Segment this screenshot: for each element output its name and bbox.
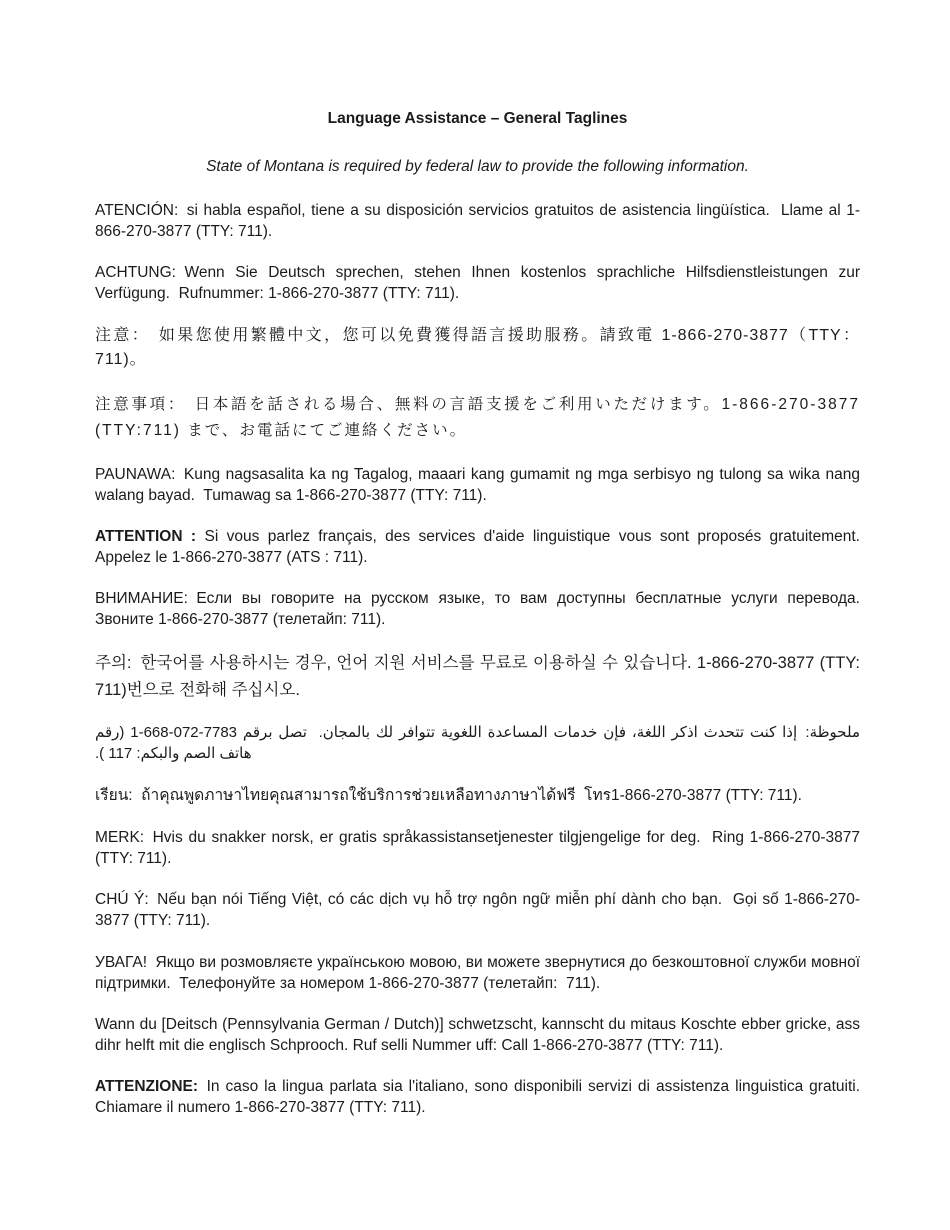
tagline-german: ACHTUNG:Wenn Sie Deutsch sprechen, stehe… bbox=[95, 262, 860, 304]
tagline-chinese-traditional: 注意：如果您使用繁體中文，您可以免費獲得語言援助服務。請致電 1-866-270… bbox=[95, 324, 860, 372]
tagline-korean-lead: 주의: bbox=[95, 654, 131, 672]
tagline-ukrainian-text: Якщо ви розмовляєте українською мовою, в… bbox=[95, 954, 864, 992]
tagline-thai: เรียน:ถ้าคุณพูดภาษาไทยคุณสามารถใช้บริการ… bbox=[95, 784, 860, 807]
page-title: Language Assistance – General Taglines bbox=[95, 108, 860, 129]
tagline-arabic-text: إذا كنت تتحدث اذكر اللغة، فإن خدمات المس… bbox=[91, 724, 797, 761]
tagline-korean-text: 한국어를 사용하시는 경우, 언어 지원 서비스를 무료로 이용하실 수 있습니… bbox=[95, 654, 865, 698]
document-page: Language Assistance – General Taglines S… bbox=[0, 0, 950, 1230]
tagline-chinese-lead: 注意： bbox=[95, 327, 150, 344]
tagline-vietnamese-text: Nếu bạn nói Tiếng Việt, có các dịch vụ h… bbox=[95, 891, 860, 929]
tagline-french-text: Si vous parlez français, des services d'… bbox=[95, 528, 869, 566]
tagline-vietnamese: CHÚ Ý:Nếu bạn nói Tiếng Việt, có các dịc… bbox=[95, 889, 860, 931]
tagline-japanese-lead: 注意事項： bbox=[95, 396, 186, 413]
tagline-spanish-text: si habla español, tiene a su disposición… bbox=[95, 202, 860, 240]
tagline-spanish-lead: ATENCIÓN: bbox=[95, 202, 178, 219]
page-subtitle: State of Montana is required by federal … bbox=[95, 156, 860, 177]
tagline-russian-lead: ВНИМАНИЕ: bbox=[95, 590, 188, 607]
tagline-chinese-text: 如果您使用繁體中文，您可以免費獲得語言援助服務。請致電 1-866-270-38… bbox=[95, 327, 860, 368]
tagline-arabic-lead: ملحوظة: bbox=[805, 724, 860, 741]
tagline-pennsylvania-german-text: Wann du [Deitsch (Pennsylvania German / … bbox=[95, 1016, 864, 1054]
tagline-tagalog: PAUNAWA:Kung nagsasalita ka ng Tagalog, … bbox=[95, 464, 860, 506]
tagline-arabic: ملحوظة:إذا كنت تتحدث اذكر اللغة، فإن خدم… bbox=[95, 723, 860, 764]
tagline-italian: ATTENZIONE:In caso la lingua parlata sia… bbox=[95, 1076, 860, 1118]
tagline-ukrainian: УВАГА!Якщо ви розмовляєте українською мо… bbox=[95, 952, 860, 994]
tagline-tagalog-text: Kung nagsasalita ka ng Tagalog, maaari k… bbox=[95, 466, 864, 504]
tagline-japanese-text: 日本語を話される場合、無料の言語支援をご利用いただけます。1-866-270-3… bbox=[95, 396, 866, 439]
tagline-german-text: Wenn Sie Deutsch sprechen, stehen Ihnen … bbox=[95, 264, 864, 302]
tagline-pennsylvania-german: Wann du [Deitsch (Pennsylvania German / … bbox=[95, 1014, 860, 1056]
tagline-vietnamese-lead: CHÚ Ý: bbox=[95, 891, 149, 908]
tagline-norwegian: MERK:Hvis du snakker norsk, er gratis sp… bbox=[95, 827, 860, 869]
tagline-french-lead: ATTENTION : bbox=[95, 528, 196, 545]
tagline-russian-text: Если вы говорите на русском языке, то ва… bbox=[95, 590, 869, 628]
tagline-spanish: ATENCIÓN:si habla español, tiene a su di… bbox=[95, 200, 860, 242]
tagline-italian-text: In caso la lingua parlata sia l'italiano… bbox=[95, 1078, 869, 1116]
tagline-thai-lead: เรียน: bbox=[95, 787, 133, 804]
tagline-korean: 주의:한국어를 사용하시는 경우, 언어 지원 서비스를 무료로 이용하실 수 … bbox=[95, 650, 860, 703]
tagline-ukrainian-lead: УВАГА! bbox=[95, 954, 147, 971]
tagline-italian-lead: ATTENZIONE: bbox=[95, 1078, 198, 1095]
tagline-norwegian-lead: MERK: bbox=[95, 829, 144, 846]
tagline-norwegian-text: Hvis du snakker norsk, er gratis språkas… bbox=[95, 829, 864, 867]
tagline-russian: ВНИМАНИЕ:Если вы говорите на русском язы… bbox=[95, 588, 860, 630]
tagline-japanese: 注意事項：日本語を話される場合、無料の言語支援をご利用いただけます。1-866-… bbox=[95, 392, 860, 443]
tagline-german-lead: ACHTUNG: bbox=[95, 264, 176, 281]
tagline-french: ATTENTION :Si vous parlez français, des … bbox=[95, 526, 860, 568]
tagline-tagalog-lead: PAUNAWA: bbox=[95, 466, 175, 483]
tagline-thai-text: ถ้าคุณพูดภาษาไทยคุณสามารถใช้บริการช่วยเห… bbox=[141, 787, 802, 804]
